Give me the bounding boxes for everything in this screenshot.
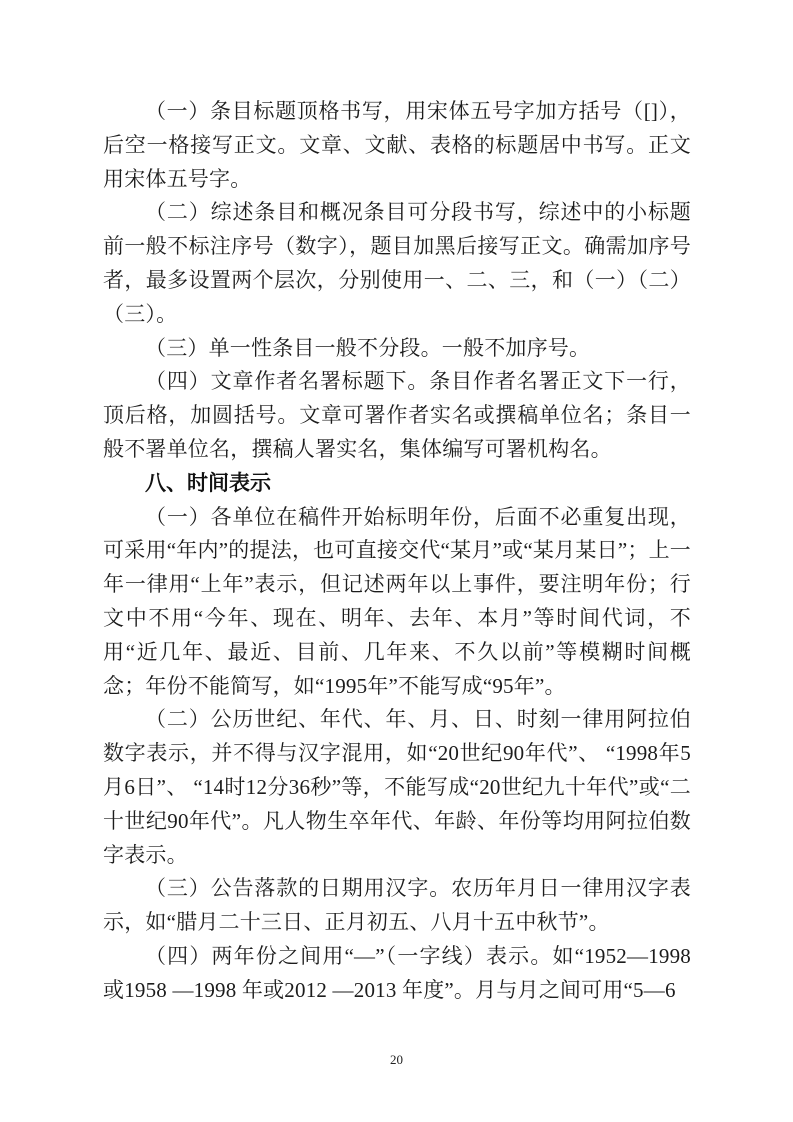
page-content: （一）条目标题顶格书写，用宋体五号字加方括号（[]），后空一格接写正文。文章、文… bbox=[103, 95, 691, 1008]
paragraph-time-item-3: （三）公告落款的日期用汉字。农历年月日一律用汉字表示，如“腊月二十三日、正月初五… bbox=[103, 872, 691, 940]
section-heading-time-notation: 八、时间表示 bbox=[103, 467, 691, 501]
paragraph-format-item-3: （三）单一性条目一般不分段。一般不加序号。 bbox=[103, 332, 691, 366]
paragraph-format-item-1: （一）条目标题顶格书写，用宋体五号字加方括号（[]），后空一格接写正文。文章、文… bbox=[103, 95, 691, 196]
paragraph-time-item-2: （二）公历世纪、年代、年、月、日、时刻一律用阿拉伯数字表示，并不得与汉字混用，如… bbox=[103, 703, 691, 872]
page-number: 20 bbox=[0, 1052, 793, 1068]
document-page: （一）条目标题顶格书写，用宋体五号字加方括号（[]），后空一格接写正文。文章、文… bbox=[0, 0, 793, 1122]
paragraph-format-item-4: （四）文章作者名署标题下。条目作者名署正文下一行，顶后格，加圆括号。文章可署作者… bbox=[103, 365, 691, 466]
paragraph-time-item-1: （一）各单位在稿件开始标明年份，后面不必重复出现，可采用“年内”的提法，也可直接… bbox=[103, 501, 691, 704]
paragraph-format-item-2: （二）综述条目和概况条目可分段书写，综述中的小标题前一般不标注序号（数字），题目… bbox=[103, 196, 691, 331]
paragraph-time-item-4: （四）两年份之间用“—”（一字线）表示。如“1952—1998 或1958 —1… bbox=[103, 940, 691, 1008]
